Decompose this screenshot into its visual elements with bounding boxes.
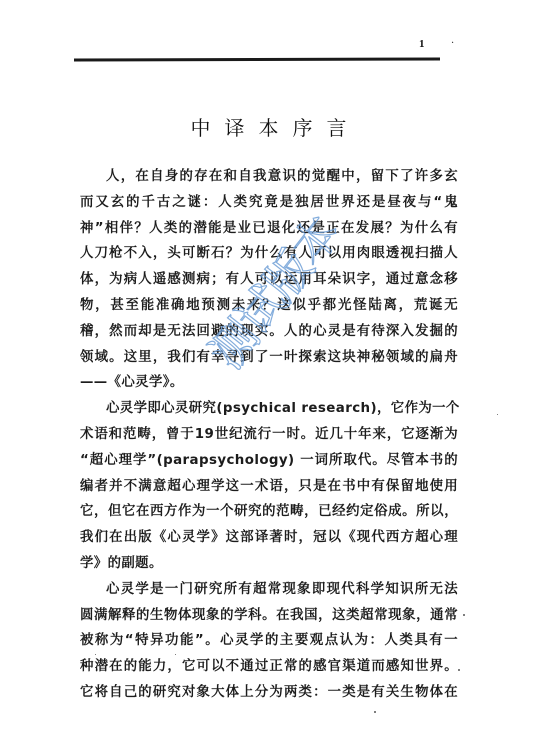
paragraph-line: 术语和范畴，曾于19世纪流行一时。近几十年来，它逐渐为 — [80, 422, 458, 448]
paragraph-line: 物，甚至能准确地预测未来？这似乎都光怪陆离，荒诞无 — [80, 293, 458, 319]
paragraph-line: 被称为“特异功能”。心灵学的主要观点认为：人类具有一 — [80, 628, 458, 654]
paragraph-line: 种潜在的能力，它可以不通过正常的感官渠道而感知世界。 — [80, 654, 458, 680]
paragraph-line: 领域。这里，我们有幸寻到了一叶探索这块神秘领域的扁舟 — [80, 345, 458, 371]
scan-speck — [95, 654, 96, 655]
scan-speck — [374, 711, 376, 713]
page-number: 1 — [419, 38, 425, 50]
paragraph-line: 它，但它在西方作为一个研究的范畴，已经约定俗成。所以， — [80, 499, 458, 525]
paragraph-line: 它将自己的研究对象大体上分为两类：一类是有关生物体在 — [80, 680, 458, 706]
page-title: 中译本序言 — [0, 112, 539, 141]
paragraph-line: 人，在自身的存在和自我意识的觉醒中，留下了许多玄 — [80, 164, 458, 190]
scan-speck — [497, 414, 498, 415]
paragraph-line: 神”相伴？人类的潜能是业已退化还是正在发展？为什么有 — [80, 216, 458, 242]
paragraph-line: 学》的副题。 — [80, 551, 458, 577]
body-text: 人，在自身的存在和自我意识的觉醒中，留下了许多玄 而又玄的千古之谜：人类究竟是独… — [80, 164, 458, 706]
scan-speck — [175, 654, 176, 655]
paragraph-line: “超心理学”(parapsychology) 一词所取代。尽管本书的 — [80, 448, 458, 474]
scan-dot: · — [451, 38, 454, 49]
paragraph-line: 人刀枪不入，头可断石？为什么有人可以用肉眼透视扫描人 — [80, 241, 458, 267]
paragraph-line: 心灵学是一门研究所有超常现象即现代科学知识所无法 — [80, 577, 458, 603]
scan-speck — [463, 614, 465, 616]
paragraph-line: 编者并不满意超心理学这一术语，只是在书中有保留地使用 — [80, 474, 458, 500]
paragraph-line: 心灵学即心灵研究(psychical research)，它作为一个 — [80, 396, 458, 422]
header-rule — [74, 58, 440, 62]
paragraph-line: 而又玄的千古之谜：人类究竟是独居世界还是昼夜与“鬼 — [80, 190, 458, 216]
paragraph-line: 圆满解释的生物体现象的学科。在我国，这类超常现象，通常 — [80, 603, 458, 629]
paragraph-line: 体，为病人遥感测病；有人可以运用耳朵识字，通过意念移 — [80, 267, 458, 293]
paragraph-line: 我们在出版《心灵学》这部译著时，冠以《现代西方超心理 — [80, 525, 458, 551]
paragraph-line: ——《心灵学》。 — [80, 370, 458, 396]
paragraph-line: 稽，然而却是无法回避的现实。人的心灵是有待深入发掘的 — [80, 319, 458, 345]
scan-speck — [458, 669, 460, 671]
